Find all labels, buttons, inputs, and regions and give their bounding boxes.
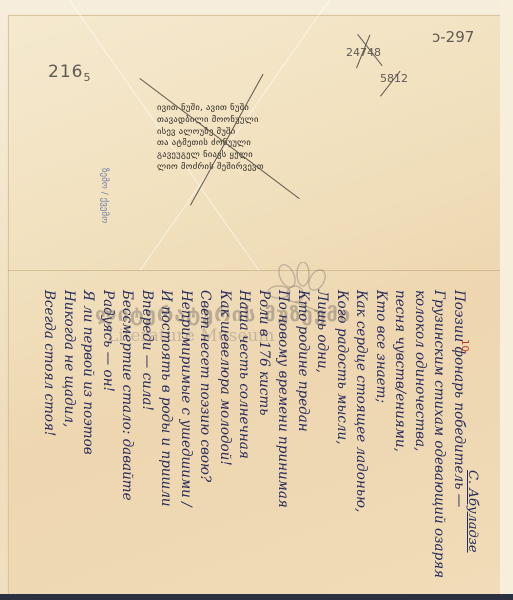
stanza-line: თავადბილი მოონუული [157,115,327,127]
scan-margin [500,0,513,600]
russian-poem: Поэзии фонарь победитель — Грузинским ст… [103,290,468,590]
poem-line: Радуясь — он! [98,290,118,590]
poem-line: Как сердце стоящее ладонью, [351,290,371,590]
poem-line: колокол одиночества, [410,290,430,590]
poem-line: Кто все знает; [371,290,391,590]
poem-line: Я ли первой из поэтов [78,290,98,590]
poem-line: Как шевелюра молодой! [215,290,235,590]
poem-line: Наша честь солнечная [234,290,254,590]
poem-line: Никогда не щадил, [59,290,79,590]
poem-line: Всегда стоял стоя! [39,290,59,590]
poem-line: Роли в 176 кисть [254,290,274,590]
blue-pencil-note: ზემო / ქვემო [98,168,109,223]
poem-line: Свет несет поэзию свою? [195,290,215,590]
poem-line: Бессмертие стало: давайте [117,290,137,590]
poem-line: Поэзии фонарь победитель — [449,290,469,590]
poem-line: Грузинским стихам одевающий озаряя [429,290,449,590]
paper-fold-line [8,270,500,271]
scanner-edge [0,594,513,600]
poem-line: Кого радость мысли, [332,290,352,590]
stanza-line: ლიო მოძრის შეშირვევთ [157,162,327,174]
poem-line: По новому времени принимая [273,290,293,590]
stanza-line: ისევ ალოუზე მუში [157,127,327,139]
poem-line: песня чувств/ениями, [390,290,410,590]
archive-number-main: 216 [48,62,83,82]
poem-line: Лишь одни, [312,290,332,590]
stanza-line: თა ატმეთის ძონუული [157,138,327,150]
poem-line: Непримиримые с ушедшими / [176,290,196,590]
poem-line: Впереди — сила! [137,290,157,590]
poem-line: Кто родине предан [293,290,313,590]
poem-line: И постоять в роды и пришли [156,290,176,590]
archive-number-sub: 5 [83,71,91,84]
archive-number-right: ɔ-297 [432,28,474,46]
archive-number-left: 2165 [48,62,91,84]
